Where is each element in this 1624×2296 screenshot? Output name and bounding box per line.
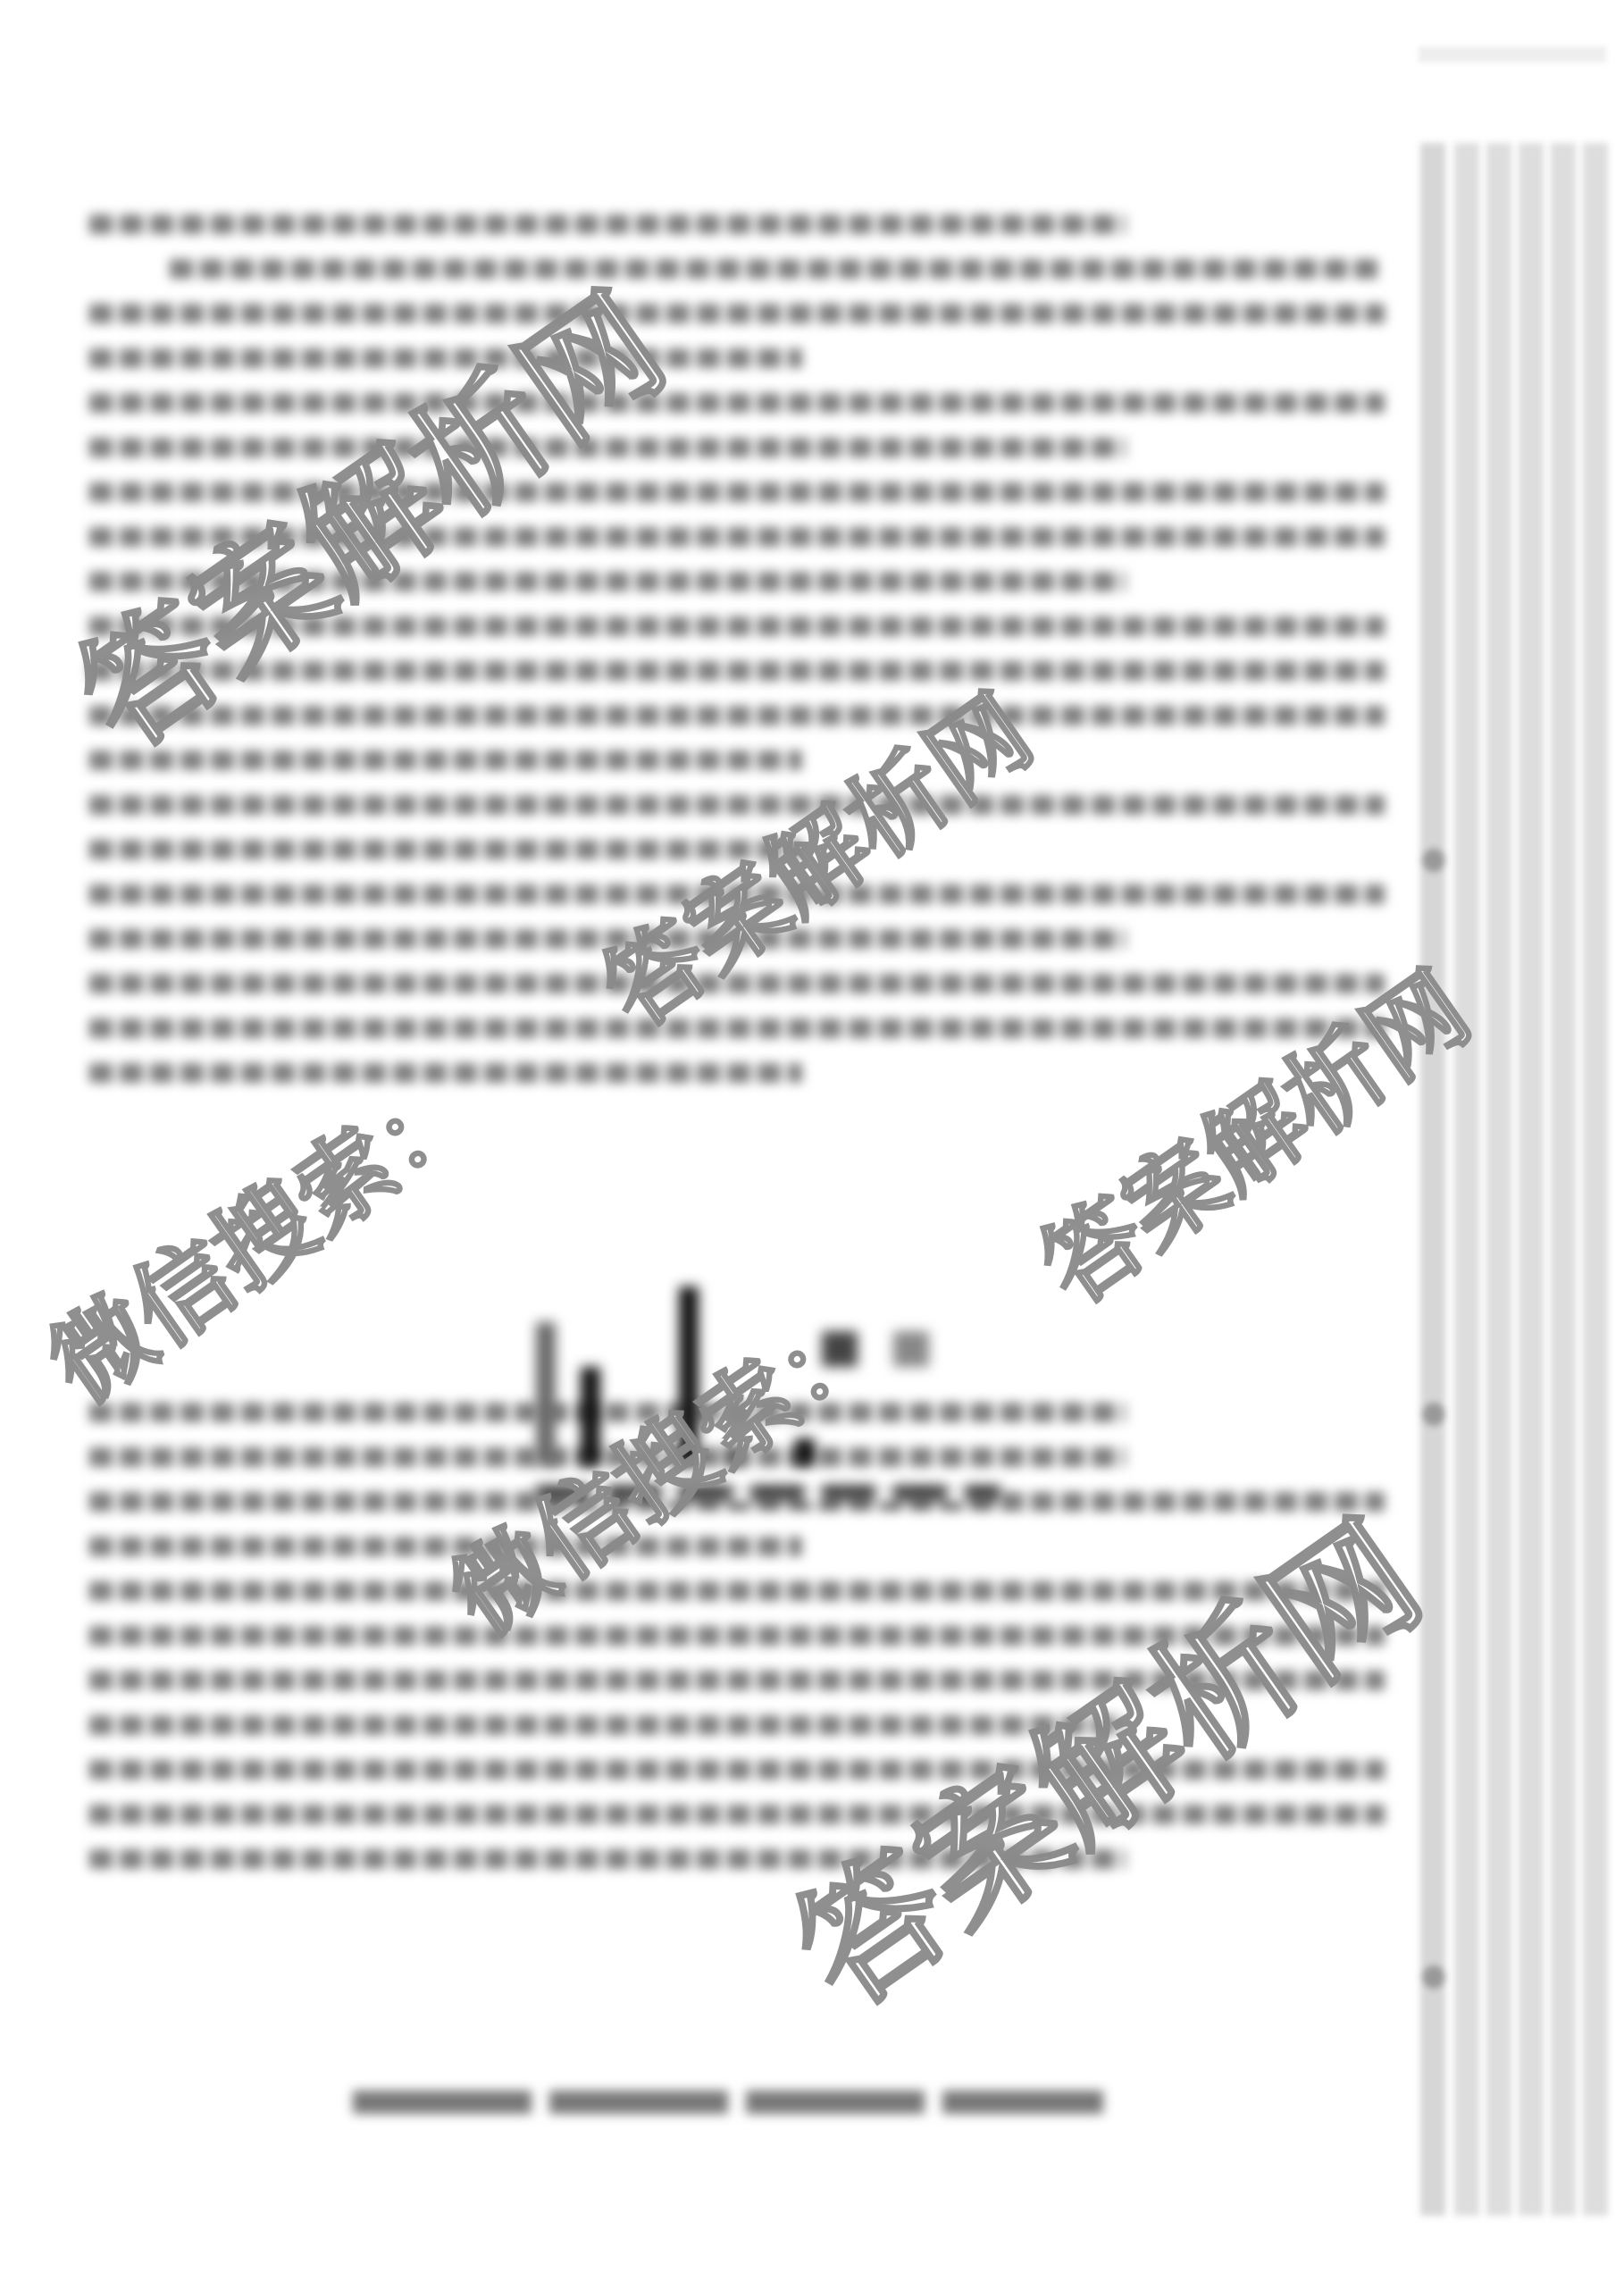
page-footer: [illegible] <box>353 2091 1103 2114</box>
chart-bar <box>536 1322 556 1465</box>
margin-strip <box>1551 143 1576 2216</box>
binding-mark <box>1422 849 1445 872</box>
margin-strip <box>1583 143 1608 2216</box>
margin-strip <box>1454 143 1479 2216</box>
text-line <box>89 750 802 770</box>
text-line <box>89 393 1385 413</box>
margin-strip <box>1420 143 1445 2216</box>
page-header-strip <box>1419 46 1606 63</box>
text-line <box>89 214 1126 234</box>
binding-mark <box>1422 1403 1445 1426</box>
text-line <box>89 795 1385 815</box>
exam-page: [illegible] 答案解析网 答案解析网 答案解析网 答案解析网 微信搜索… <box>0 0 1624 2296</box>
text-line <box>170 259 1385 279</box>
binding-mark <box>1422 1965 1445 1989</box>
text-line <box>89 706 1385 725</box>
text-line <box>89 1018 1385 1038</box>
margin-strip <box>1519 143 1544 2216</box>
legend-swatch <box>893 1331 929 1367</box>
margin-strip <box>1486 143 1511 2216</box>
text-line <box>89 304 1385 323</box>
binding-margin <box>1420 143 1599 2216</box>
